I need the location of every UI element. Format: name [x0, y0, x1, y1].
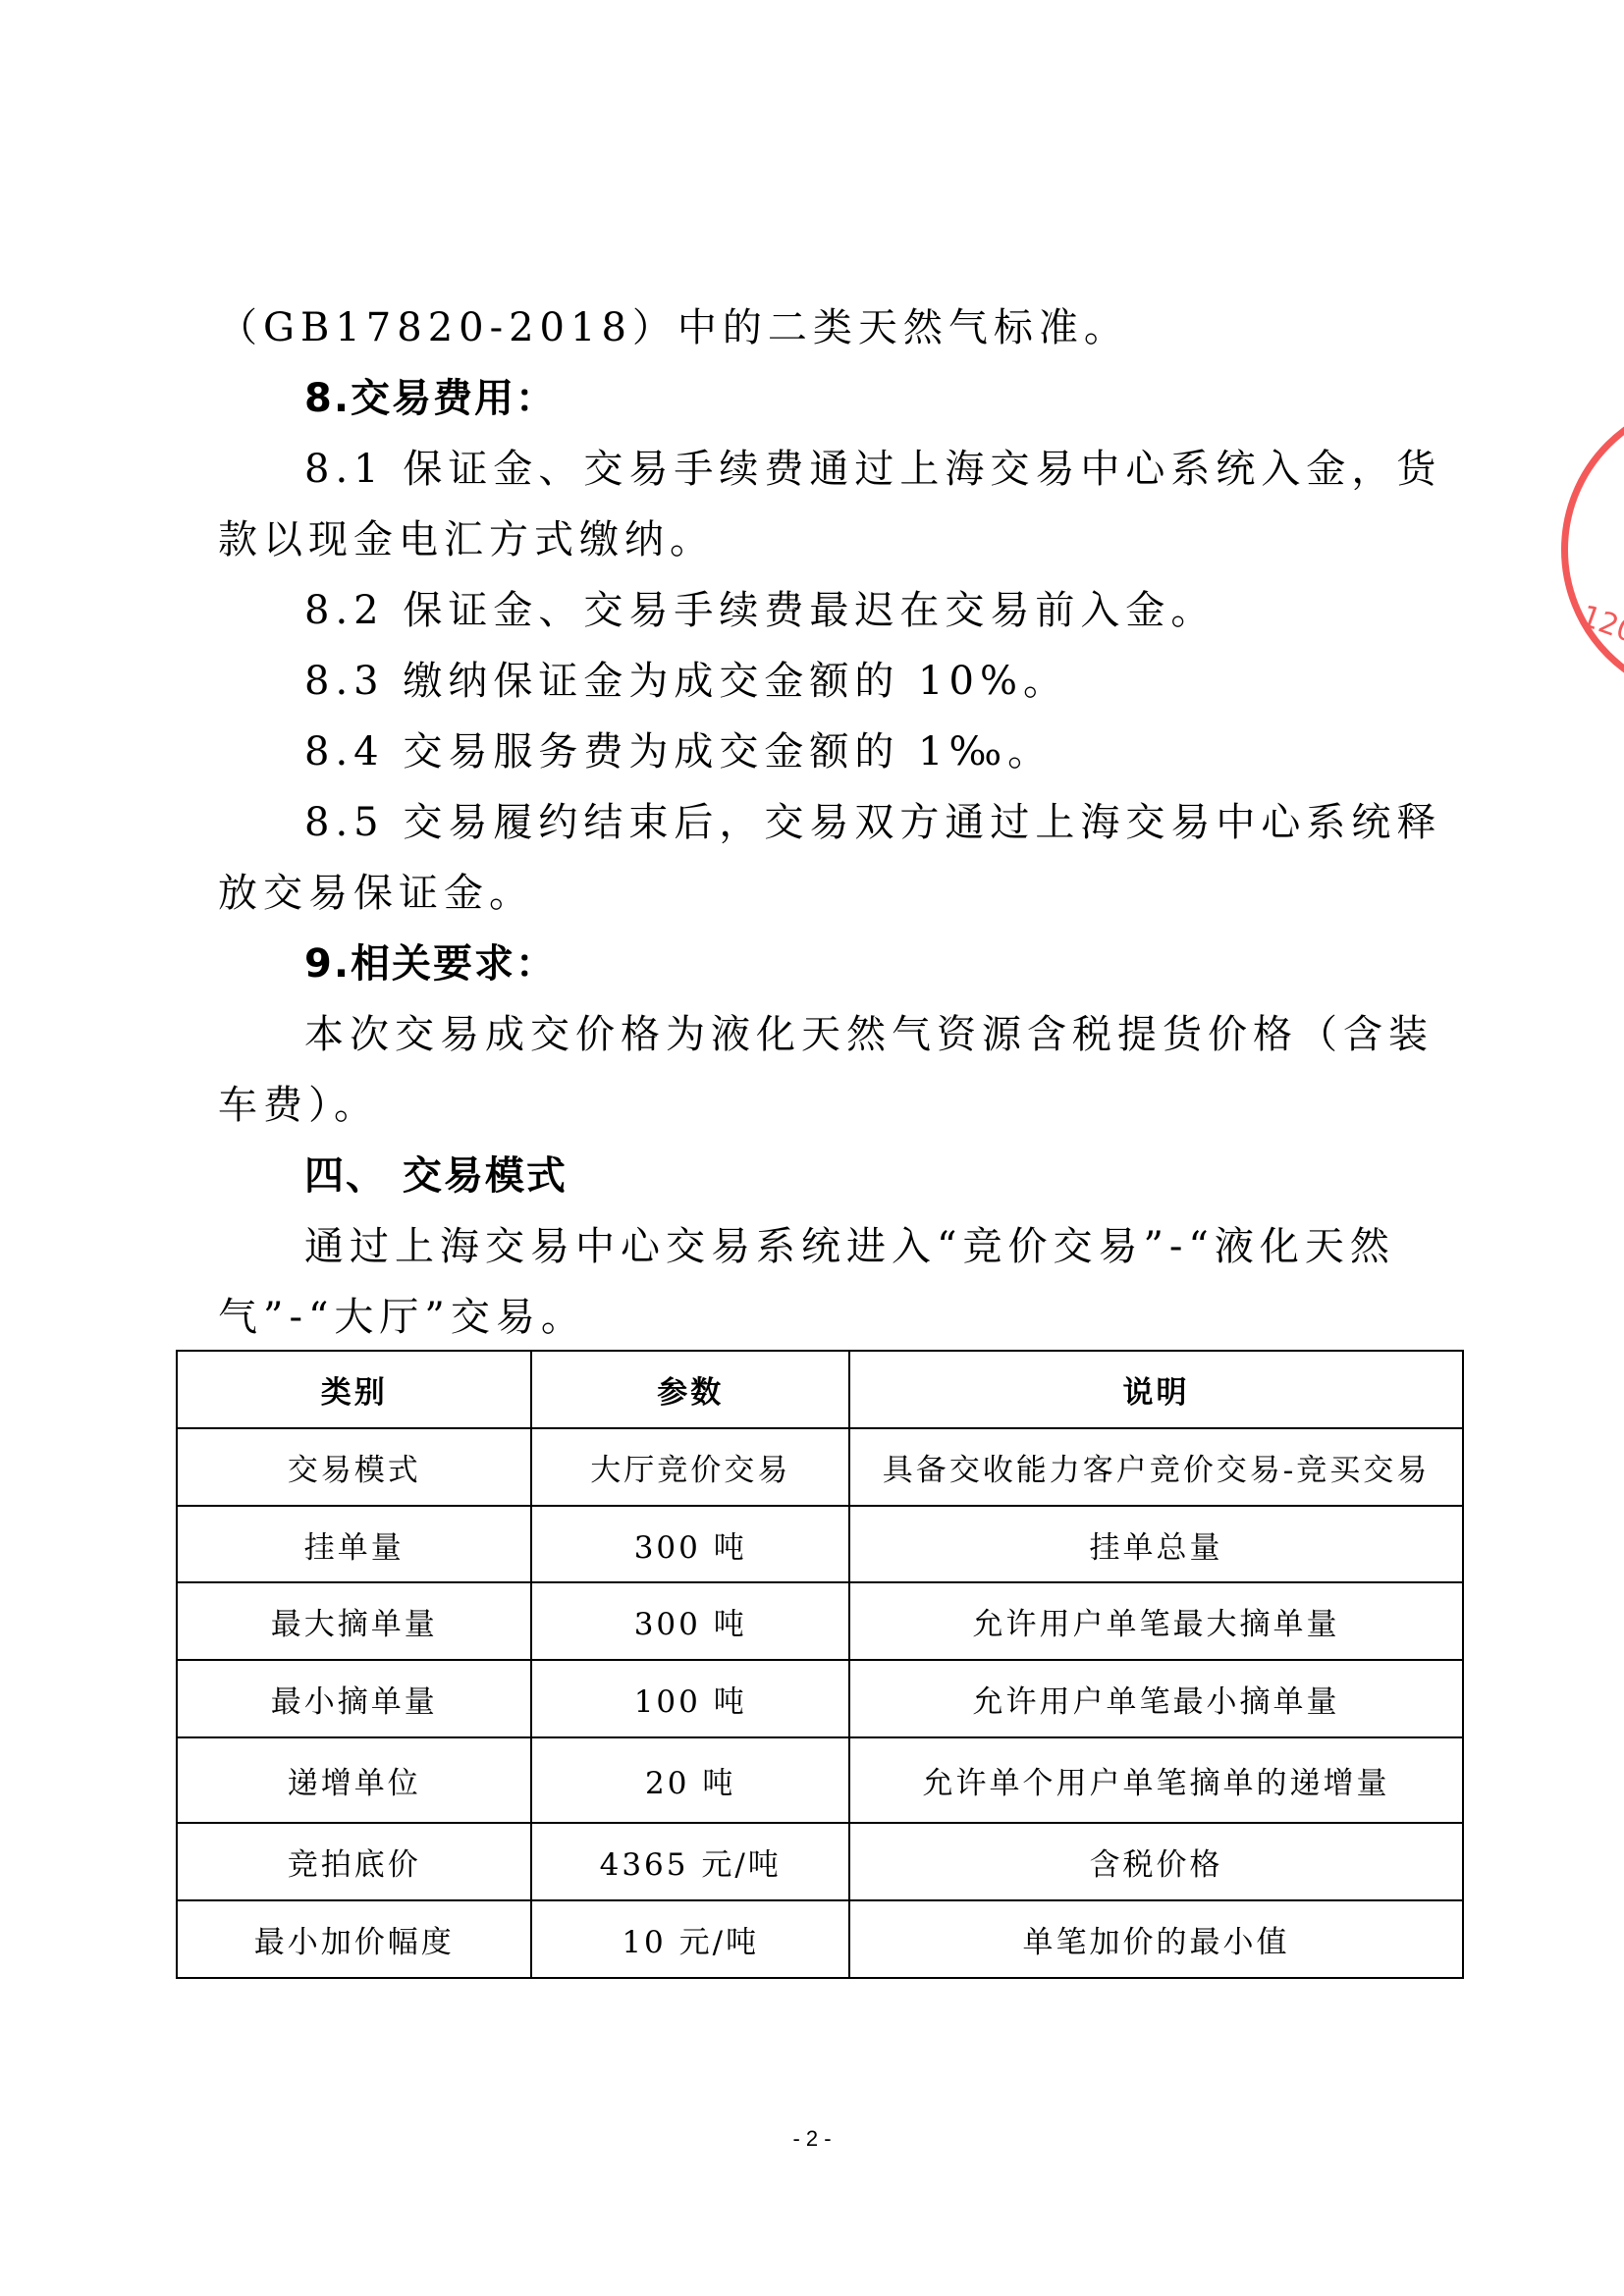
text-line: 8.4 交易服务费为成交金额的 1‰。	[304, 728, 1053, 775]
table-row: 最小加价幅度 10 元/吨 单笔加价的最小值	[177, 1900, 1463, 1978]
header-category: 类别	[177, 1351, 531, 1428]
cell-category: 最大摘单量	[177, 1582, 531, 1660]
text-line: 8.5 交易履约结束后，交易双方通过上海交易中心系统释	[304, 799, 1441, 846]
cell-description: 允许用户单笔最大摘单量	[849, 1582, 1463, 1660]
cell-description: 允许用户单笔最小摘单量	[849, 1660, 1463, 1737]
text-line: （GB17820-2018）中的二类天然气标准。	[218, 304, 1129, 351]
header-description: 说明	[849, 1351, 1463, 1428]
seal-number: 1201	[1576, 599, 1624, 657]
text-line: 车费）。	[218, 1082, 379, 1129]
cell-description: 含税价格	[849, 1823, 1463, 1900]
table-row: 交易模式 大厅竞价交易 具备交收能力客户竞价交易-竞买交易	[177, 1428, 1463, 1506]
cell-category: 交易模式	[177, 1428, 531, 1506]
text-line: 气”-“大厅”交易。	[218, 1294, 586, 1341]
table-row: 递增单位 20 吨 允许单个用户单笔摘单的递增量	[177, 1737, 1463, 1823]
cell-parameter: 300 吨	[531, 1582, 849, 1660]
table-row: 竞拍底价 4365 元/吨 含税价格	[177, 1823, 1463, 1900]
text-line: 8.3 缴纳保证金为成交金额的 10%。	[304, 658, 1068, 705]
text-line: 放交易保证金。	[218, 870, 534, 917]
header-parameter: 参数	[531, 1351, 849, 1428]
cell-category: 最小摘单量	[177, 1660, 531, 1737]
cell-parameter: 大厅竞价交易	[531, 1428, 849, 1506]
cell-parameter: 100 吨	[531, 1660, 849, 1737]
text-line: 款以现金电汇方式缴纳。	[218, 516, 715, 563]
section-heading-trading-mode: 四、 交易模式	[304, 1152, 568, 1200]
cell-description: 挂单总量	[849, 1506, 1463, 1582]
cell-description: 单笔加价的最小值	[849, 1900, 1463, 1978]
section-heading-requirements: 9.相关要求：	[304, 940, 557, 988]
text-line: 本次交易成交价格为液化天然气资源含税提货价格（含装	[304, 1011, 1434, 1058]
red-seal-stamp-icon: 1201	[1561, 398, 1624, 702]
cell-category: 挂单量	[177, 1506, 531, 1582]
page-number: - 2 -	[0, 2126, 1624, 2152]
cell-category: 最小加价幅度	[177, 1900, 531, 1978]
cell-parameter: 10 元/吨	[531, 1900, 849, 1978]
table-header-row: 类别 参数 说明	[177, 1351, 1463, 1428]
cell-category: 竞拍底价	[177, 1823, 531, 1900]
cell-parameter: 20 吨	[531, 1737, 849, 1823]
text-line: 8.2 保证金、交易手续费最迟在交易前入金。	[304, 587, 1216, 634]
cell-description: 具备交收能力客户竞价交易-竞买交易	[849, 1428, 1463, 1506]
cell-parameter: 4365 元/吨	[531, 1823, 849, 1900]
section-heading-fees: 8.交易费用：	[304, 375, 557, 422]
table-row: 挂单量 300 吨 挂单总量	[177, 1506, 1463, 1582]
cell-description: 允许单个用户单笔摘单的递增量	[849, 1737, 1463, 1823]
table-row: 最小摘单量 100 吨 允许用户单笔最小摘单量	[177, 1660, 1463, 1737]
text-line: 通过上海交易中心交易系统进入“竞价交易”-“液化天然	[304, 1223, 1395, 1270]
trading-parameters-table: 类别 参数 说明 交易模式 大厅竞价交易 具备交收能力客户竞价交易-竞买交易 挂…	[176, 1350, 1464, 1979]
cell-parameter: 300 吨	[531, 1506, 849, 1582]
table-row: 最大摘单量 300 吨 允许用户单笔最大摘单量	[177, 1582, 1463, 1660]
text-line: 8.1 保证金、交易手续费通过上海交易中心系统入金，货	[304, 446, 1441, 493]
cell-category: 递增单位	[177, 1737, 531, 1823]
